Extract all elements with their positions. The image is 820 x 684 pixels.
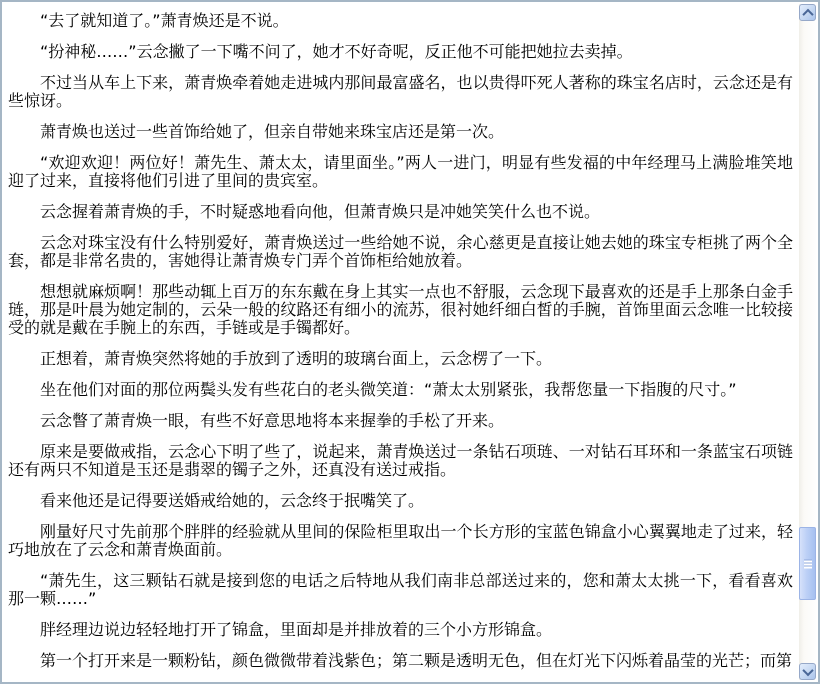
document-page: “去了就知道了。”萧青焕还是不说。 “扮神秘……”云念撇了一下嘴不问了，她才不好…: [0, 0, 820, 684]
grip-lines-icon: [804, 559, 812, 568]
paragraph: “萧先生，这三颗钻石就是接到您的电话之后特地从我们南非总部送过来的，您和萧太太挑…: [8, 572, 793, 608]
vertical-scrollbar: [799, 4, 816, 680]
paragraph: 胖经理边说边轻轻地打开了锦盒，里面却是并排放着的三个小方形锦盒。: [8, 621, 793, 639]
paragraph: 坐在他们对面的那位两鬓头发有些花白的老头微笑道：“萧太太别紧张，我帮您量一下指腹…: [8, 381, 793, 399]
paragraph: 想想就麻烦啊！那些动辄上百万的东东戴在身上其实一点也不舒服，云念现下最喜欢的还是…: [8, 283, 793, 337]
text-content: “去了就知道了。”萧青焕还是不说。 “扮神秘……”云念撇了一下嘴不问了，她才不好…: [2, 2, 799, 682]
scroll-up-button[interactable]: [799, 4, 816, 21]
paragraph: 原来是要做戒指，云念心下明了些了，说起来，萧青焕送过一条钻石项琏、一对钻石耳环和…: [8, 443, 793, 479]
paragraph: 云念瞥了萧青焕一眼，有些不好意思地将本来握拳的手松了开来。: [8, 412, 793, 430]
paragraph: “去了就知道了。”萧青焕还是不说。: [8, 12, 793, 30]
paragraph: 正想着，萧青焕突然将她的手放到了透明的玻璃台面上，云念楞了一下。: [8, 350, 793, 368]
chevron-down-icon: [802, 664, 813, 675]
paragraph: “扮神秘……”云念撇了一下嘴不问了，她才不好奇呢，反正他不可能把她拉去卖掉。: [8, 43, 793, 61]
paragraph: “欢迎欢迎！两位好！萧先生、萧太太，请里面坐。”两人一进门，明显有些发福的中年经…: [8, 154, 793, 190]
scrollbar-track[interactable]: [799, 21, 816, 663]
paragraph: 看来他还是记得要送婚戒给她的，云念终于抿嘴笑了。: [8, 492, 793, 510]
paragraph: 云念握着萧青焕的手，不时疑惑地看向他，但萧青焕只是冲她笑笑什么也不说。: [8, 203, 793, 221]
chevron-up-icon: [802, 8, 813, 19]
paragraph: 不过当从车上下来，萧青焕牵着她走进城内那间最富盛名，也以贵得吓死人著称的珠宝名店…: [8, 74, 793, 110]
paragraph: 第一个打开来是一颗粉钻，颜色微微带着浅紫色；第二颗是透明无色，但在灯光下闪烁着晶…: [8, 652, 793, 670]
scrollbar-thumb[interactable]: [799, 527, 816, 600]
scroll-down-button[interactable]: [799, 663, 816, 680]
paragraph: 刚量好尺寸先前那个胖胖的经验就从里间的保险柜里取出一个长方形的宝蓝色锦盒小心翼翼…: [8, 523, 793, 559]
paragraph: 云念对珠宝没有什么特别爱好，萧青焕送过一些给她不说，余心慈更是直接让她去她的珠宝…: [8, 234, 793, 270]
paragraph: 萧青焕也送过一些首饰给她了，但亲自带她来珠宝店还是第一次。: [8, 123, 793, 141]
